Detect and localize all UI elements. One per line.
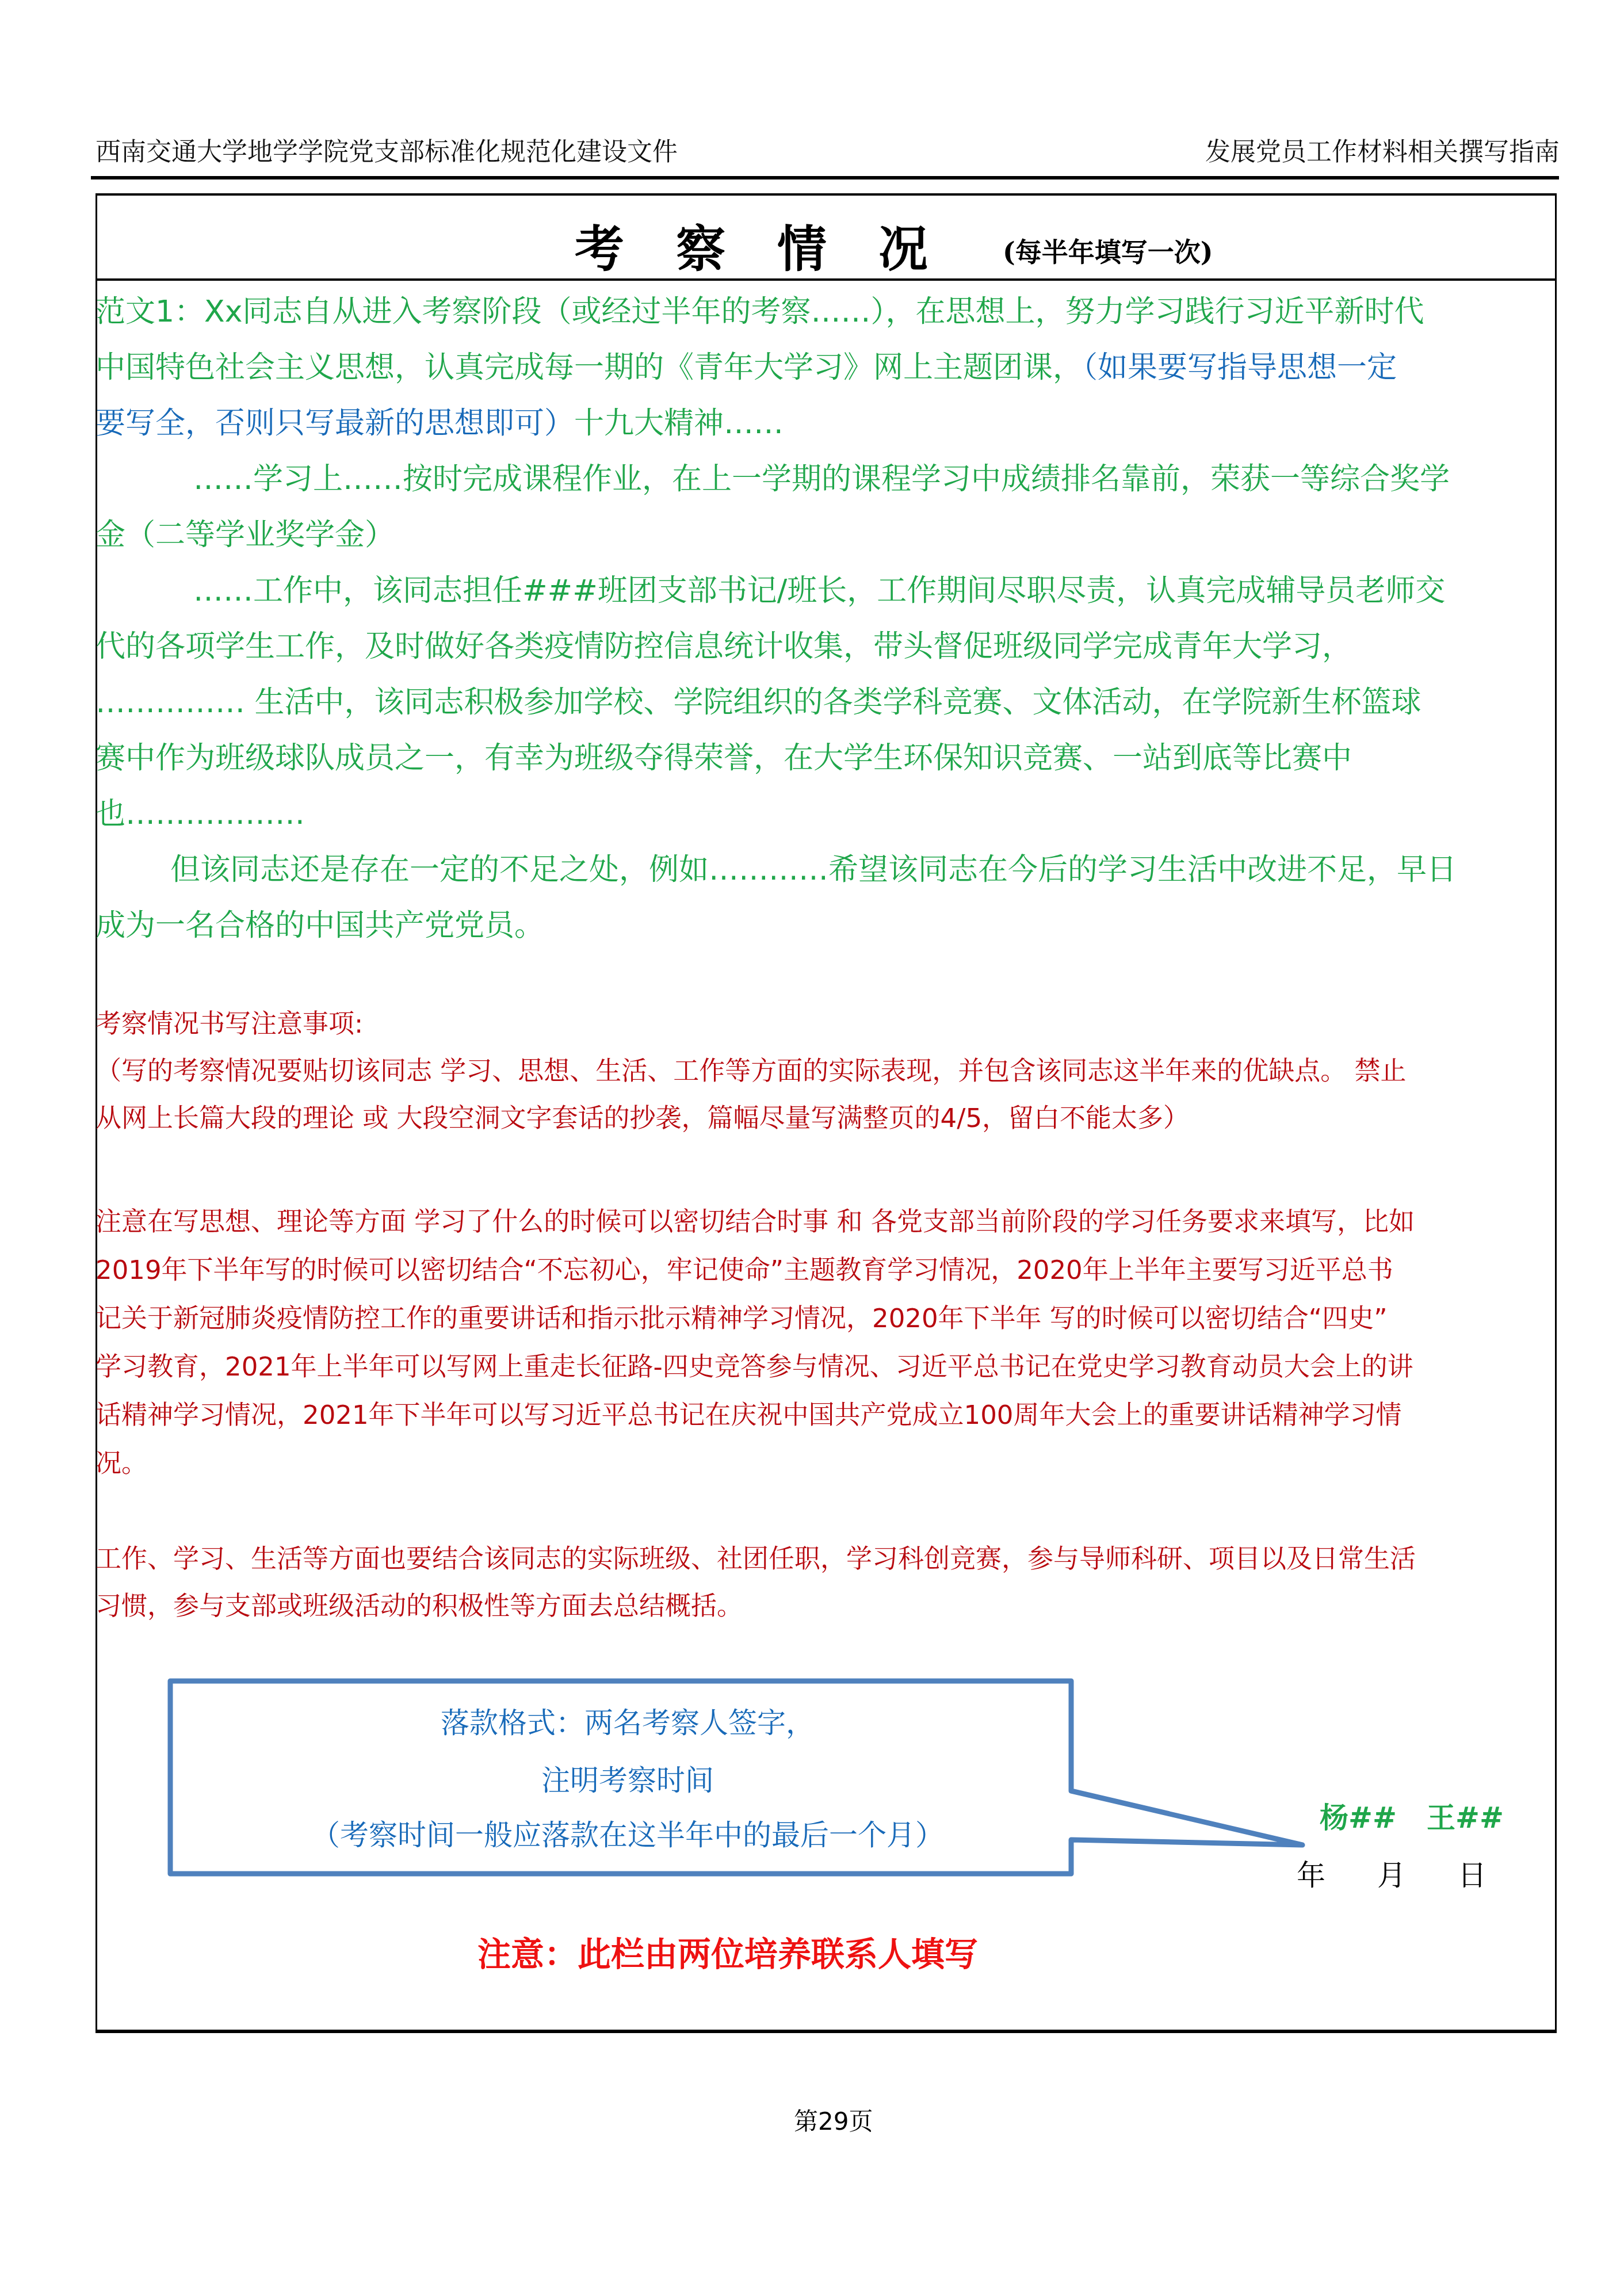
date-line: 年月日 bbox=[1297, 1852, 1538, 1894]
examiner-signatures: 杨## 王## bbox=[1320, 1795, 1504, 1836]
page-number: 第29页 bbox=[794, 2103, 873, 2137]
callout-line-3: （考察时间一般应落款在这半年中的最后一个月） bbox=[170, 1812, 1085, 1854]
date-day: 日 bbox=[1458, 1852, 1487, 1894]
callout-line-2: 注明考察时间 bbox=[170, 1758, 1085, 1799]
date-month: 月 bbox=[1377, 1852, 1406, 1894]
fill-notice: 注意：此栏由两位培养联系人填写 bbox=[477, 1927, 978, 1976]
date-year: 年 bbox=[1297, 1852, 1325, 1894]
callout-line-1: 落款格式：两名考察人签字， bbox=[170, 1700, 1085, 1741]
